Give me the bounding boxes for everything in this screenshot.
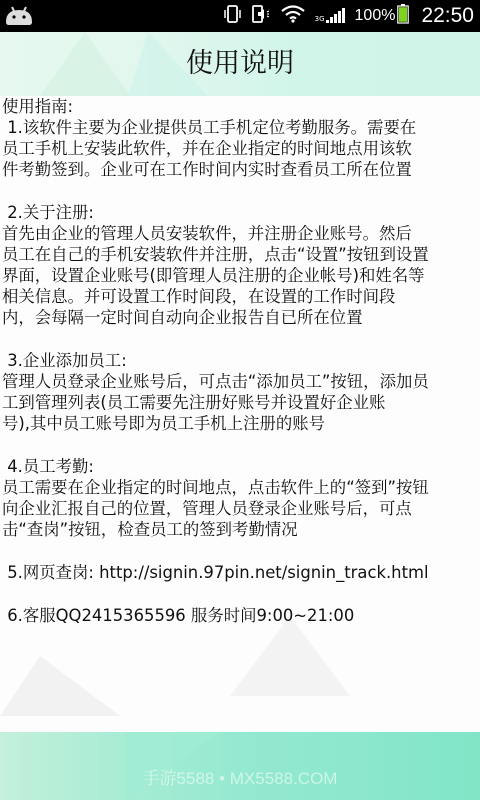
section-3-line: 工到管理列表(员工需要先注册好账号并设置好企业账 — [2, 392, 478, 413]
decorative-triangle — [0, 656, 120, 716]
section-2: 2.关于注册: 首先由企业的管理人员安装软件，并注册企业账号。然后 员工在自己的… — [2, 202, 478, 328]
section-2-line: 相关信息。并可设置工作时间段，在设置的工作时间段 — [2, 286, 478, 307]
section-1-line: 1.该软件主要为企业提供员工手机定位考勤服务。需要在 — [2, 117, 478, 138]
battery-percent: 100% — [355, 7, 396, 25]
instructions-content[interactable]: 使用指南: 1.该软件主要为企业提供员工手机定位考勤服务。需要在 员工手机上安装… — [0, 96, 480, 732]
section-1: 1.该软件主要为企业提供员工手机定位考勤服务。需要在 员工手机上安装此软件，并在… — [2, 117, 478, 180]
section-2-line: 首先由企业的管理人员安装软件，并注册企业账号。然后 — [2, 223, 478, 244]
section-4-line: 击“查岗”按钮，检查员工的签到考勤情况 — [2, 519, 478, 540]
section-6-customer-service: 6.客服QQ2415365596 服务时间9:00~21:00 — [2, 605, 478, 626]
decorative-triangle — [230, 616, 350, 696]
vibrate-icon — [223, 4, 241, 28]
screenshot-volume-icon — [251, 4, 271, 28]
section-4-heading: 4.员工考勤: — [2, 456, 478, 477]
section-2-line: 员工在自己的手机安装软件并注册，点击“设置”按钮到设置 — [2, 244, 478, 265]
network-type-label: 3G — [315, 15, 325, 23]
battery-icon — [397, 4, 409, 28]
section-3: 3.企业添加员工: 管理人员登录企业账号后，可点击“添加员工”按钮，添加员 工到… — [2, 350, 478, 434]
section-2-line: 内，会每隔一定时间自动向企业报告自已所在位置 — [2, 307, 478, 328]
section-2-line: 界面，设置企业账号(即管理人员注册的企业帐号)和姓名等 — [2, 265, 478, 286]
section-4-line: 员工需要在企业指定的时间地点，点击软件上的“签到”按钮 — [2, 477, 478, 498]
section-1-line: 件考勤签到。企业可在工作时间内实时查看员工所在位置 — [2, 159, 478, 180]
intro-heading: 使用指南: — [2, 96, 478, 117]
status-icons: 3G 100% 22:50 — [223, 0, 474, 32]
section-1-line: 员工手机上安装此软件，并在企业指定的时间地点用该软 — [2, 138, 478, 159]
wifi-icon — [281, 5, 305, 27]
section-2-heading: 2.关于注册: — [2, 202, 478, 223]
footer-band: 手游5588 • MX5588.COM — [0, 732, 480, 800]
watermark: 手游5588 • MX5588.COM — [0, 764, 480, 789]
instructions-text: 使用指南: 1.该软件主要为企业提供员工手机定位考勤服务。需要在 员工手机上安装… — [2, 96, 478, 626]
section-5-web-tracking: 5.网页查岗: http://signin.97pin.net/signin_t… — [2, 562, 478, 583]
section-3-heading: 3.企业添加员工: — [2, 350, 478, 371]
section-3-line: 管理人员登录企业账号后，可点击“添加员工”按钮，添加员 — [2, 371, 478, 392]
section-4: 4.员工考勤: 员工需要在企业指定的时间地点，点击软件上的“签到”按钮 向企业汇… — [2, 456, 478, 540]
section-4-line: 向企业汇报自己的位置，管理人员登录企业账号后，可点 — [2, 498, 478, 519]
signal-3g-icon: 3G — [315, 9, 345, 23]
android-debug-icon — [4, 5, 34, 31]
clock: 22:50 — [421, 4, 474, 28]
status-bar: 3G 100% 22:50 — [0, 0, 480, 32]
section-3-line: 号),其中员工账号即为员工手机上注册的账号 — [2, 413, 478, 434]
title-bar: 使用说明 — [0, 32, 480, 96]
page-title: 使用说明 — [0, 32, 480, 96]
